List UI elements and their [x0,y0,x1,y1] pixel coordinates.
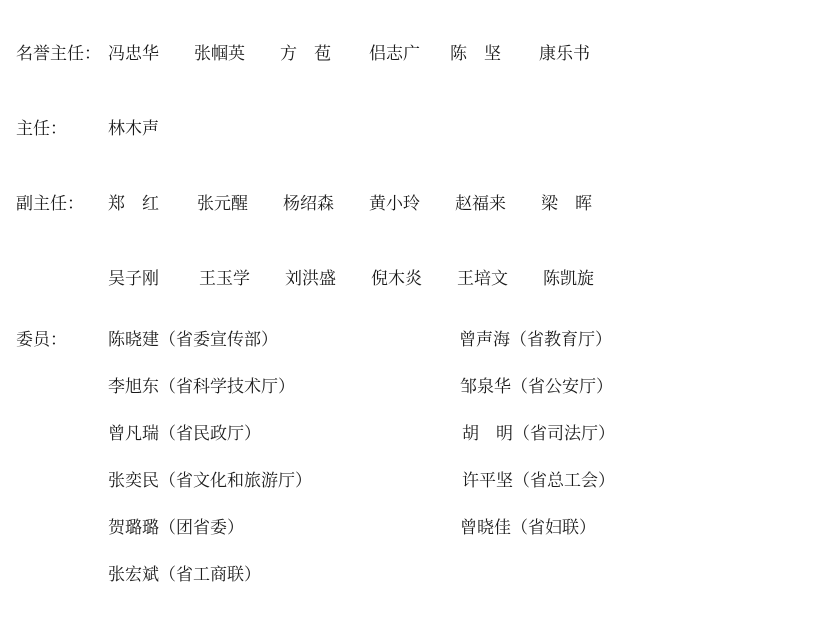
director-name: 林木声 [108,119,159,139]
deputy-director-name: 吴子刚 [108,269,159,289]
deputy-director-name: 张元醒 [197,194,248,214]
deputy-director-name: 王培文 [457,269,508,289]
deputy-director-name: 刘洪盛 [285,269,336,289]
deputy-directors-label: 副主任： [16,194,84,214]
deputy-director-name: 王玉学 [199,269,250,289]
honorary-director-name: 康乐书 [539,44,590,64]
member-entry: 邹泉华（省公安厅） [460,377,613,397]
deputy-director-name: 陈凯旋 [543,269,594,289]
deputy-director-name: 赵福来 [455,194,506,214]
member-entry: 张宏斌（省工商联） [108,565,261,585]
member-entry: 胡 明（省司法厅） [462,424,615,444]
members-label: 委员： [16,330,67,350]
honorary-director-name: 冯忠华 [108,44,159,64]
member-entry: 许平坚（省总工会） [462,471,615,491]
director-label: 主任： [16,119,67,139]
member-entry: 陈晓建（省委宣传部） [108,330,278,350]
honorary-directors-label: 名誉主任： [16,44,101,64]
honorary-director-name: 方 苞 [280,44,331,64]
honorary-director-name: 侣志广 [369,44,420,64]
deputy-director-name: 郑 红 [108,194,159,214]
member-entry: 曾晓佳（省妇联） [460,518,596,538]
deputy-director-name: 梁 晖 [541,194,592,214]
member-entry: 李旭东（省科学技术厅） [108,377,295,397]
deputy-director-name: 黄小玲 [369,194,420,214]
member-entry: 贺璐璐（团省委） [108,518,244,538]
deputy-director-name: 倪木炎 [371,269,422,289]
deputy-director-name: 杨绍森 [283,194,334,214]
honorary-director-name: 陈 坚 [450,44,501,64]
member-entry: 曾凡瑞（省民政厅） [108,424,261,444]
honorary-director-name: 张帼英 [194,44,245,64]
member-entry: 曾声海（省教育厅） [459,330,612,350]
member-entry: 张奕民（省文化和旅游厅） [108,471,312,491]
